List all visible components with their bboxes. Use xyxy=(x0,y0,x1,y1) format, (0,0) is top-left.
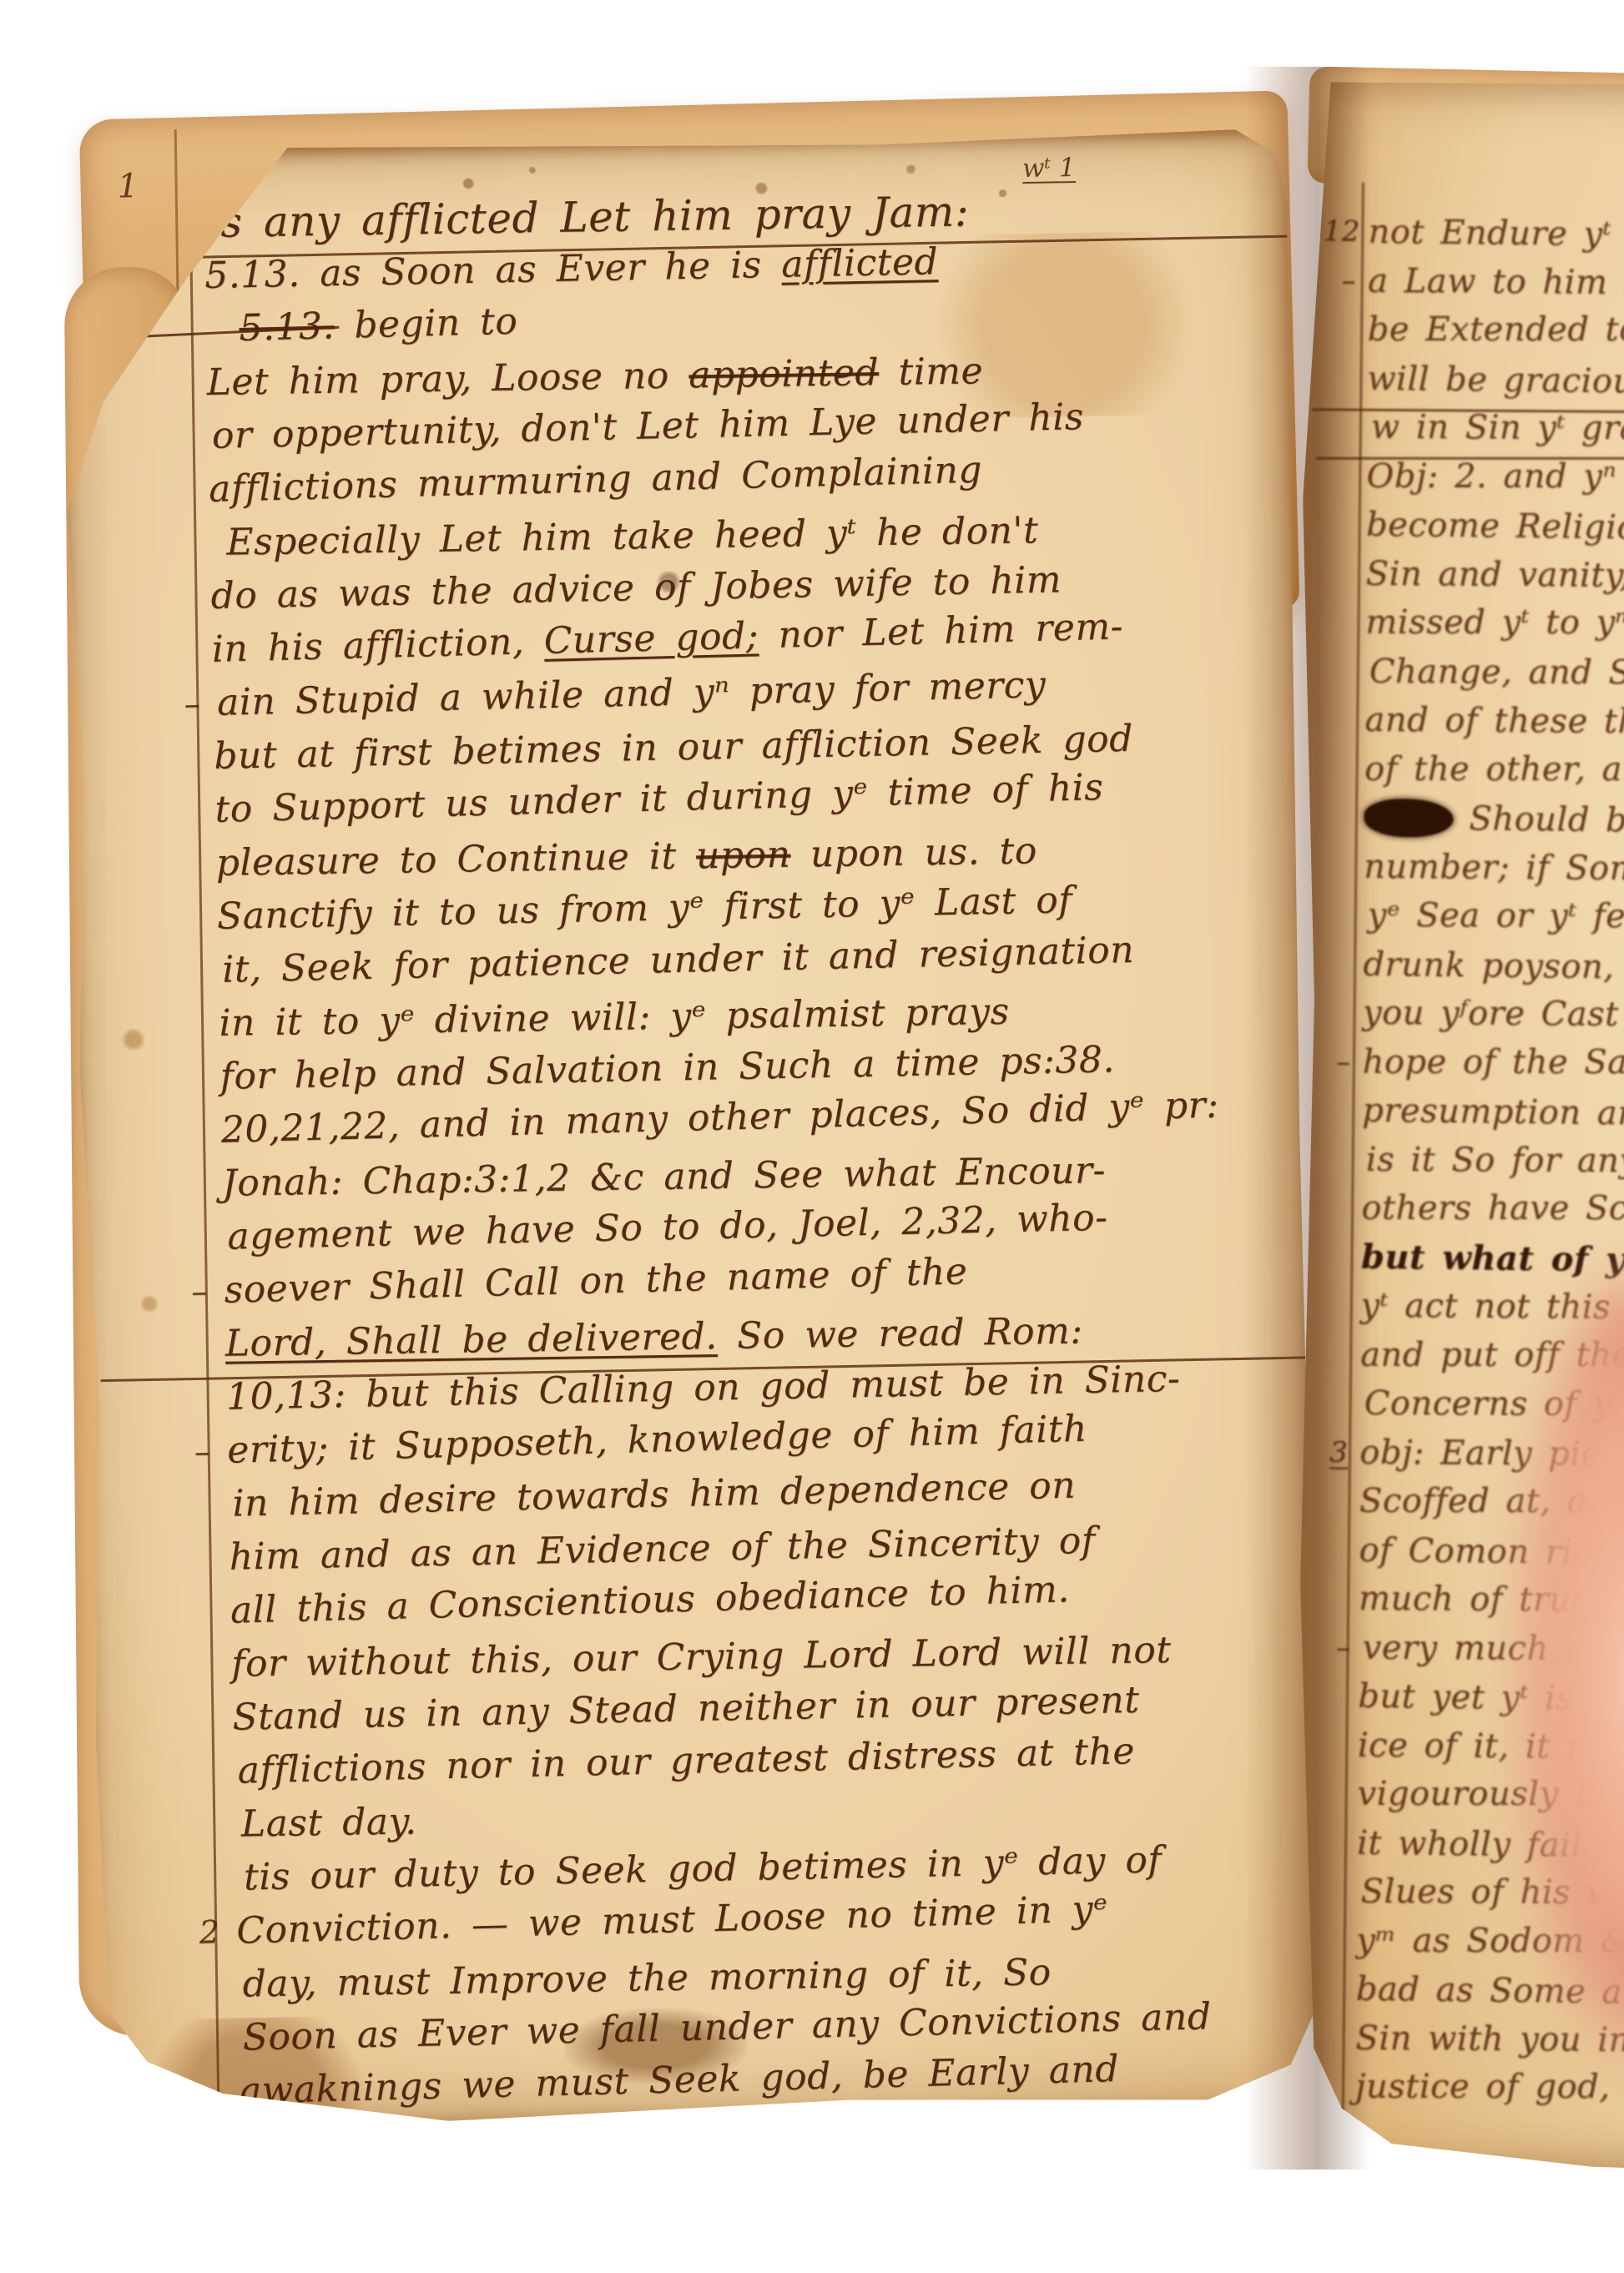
handwritten-text: become Religious after xyxy=(1366,506,1624,549)
handwritten-text: pleasure to Continue it xyxy=(215,834,696,885)
handwritten-text: upon us. to xyxy=(790,829,1037,875)
manuscript-line: Sin and vanity, yet yᵗ m xyxy=(1365,549,1624,601)
manuscript-line: you yᶠore Cast your Self xyxy=(1363,989,1624,1041)
handwritten-text: but what of yᵗ Afflicti xyxy=(1361,1237,1624,1281)
handwritten-text: Should be found a xyxy=(1453,799,1624,842)
margin-number: 3 xyxy=(1314,1428,1348,1477)
handwritten-text: hope of the Same Su xyxy=(1363,1042,1624,1081)
handwritten-text: Obj: 2. and yⁿ Again be xyxy=(1366,456,1624,495)
handwritten-text: drunk poyson, or yᵗ wer xyxy=(1363,945,1624,988)
manuscript-line: and of these the Conten xyxy=(1364,696,1624,748)
manuscript-line: 12not Endure yᵗ his free g xyxy=(1368,208,1624,261)
handwritten-text: Sin and vanity, yet yᵗ m xyxy=(1365,554,1624,596)
margin-number: – xyxy=(134,1424,212,1479)
handwritten-text: and of these the Conten xyxy=(1364,701,1624,743)
manuscript-line: missed yᵗ to yᵐ, what n xyxy=(1365,598,1624,648)
handwritten-text: be Extended to all; he is xyxy=(1368,310,1624,349)
handwritten-text: begin to xyxy=(334,300,518,348)
manuscript-line: yᵉ Sea or yᵗ fell from a xyxy=(1368,891,1624,942)
manuscript-line: drunk poyson, or yᵗ wer xyxy=(1363,940,1624,993)
handwritten-text: not Endure yᵗ his free g xyxy=(1368,213,1624,256)
handwritten-text: is it So for any to Contin xyxy=(1366,1140,1624,1180)
manuscript-line: Mch Should be found a xyxy=(1364,794,1624,847)
handwritten-text: 5.13. xyxy=(239,305,335,350)
handwritten-text: afflicted xyxy=(781,240,939,286)
manuscript-line: others have Scaped yᵗ w xyxy=(1361,1184,1624,1233)
handwritten-text: Mch xyxy=(1364,799,1453,838)
manuscript-line: is it So for any to Contin xyxy=(1366,1135,1624,1186)
handwritten-text: Last day. xyxy=(241,1800,417,1845)
handwritten-text: nor Let him rem- xyxy=(758,605,1123,657)
manuscript-line: presumption and tempta xyxy=(1362,1086,1624,1140)
handwritten-text: So we read Rom: xyxy=(717,1310,1083,1358)
handwritten-text: in his affliction, xyxy=(211,620,544,671)
manuscript-line: be Extended to all; he is xyxy=(1368,305,1624,355)
handwritten-text: time xyxy=(879,350,984,394)
handwritten-text: Change, and So have died xyxy=(1369,652,1624,692)
manuscript-line: of the other, and isn't a xyxy=(1364,744,1624,794)
handwritten-text: appointed xyxy=(688,351,880,396)
handwritten-text: upon xyxy=(696,834,791,878)
manuscript-line: –a Law to him and the Sp xyxy=(1368,256,1624,308)
handwritten-text: will be gracious. xyxy=(1367,359,1624,401)
handwritten-text: of the other, and isn't a xyxy=(1364,749,1624,788)
manuscript-line: number; if Some have e xyxy=(1364,842,1624,894)
manuscript-line: become Religious after xyxy=(1366,501,1624,554)
handwritten-text: w in Sin yᵗ grace may a xyxy=(1371,408,1624,448)
manuscript-line: but what of yᵗ Afflicti xyxy=(1361,1232,1624,1286)
handwritten-text: yᵉ Sea or yᵗ fell from a xyxy=(1368,896,1624,936)
left-page: wᵗ 1 3Is any afflicted Let him pray Jam:… xyxy=(60,129,1323,2128)
handwritten-text: number; if Some have e xyxy=(1364,847,1624,889)
handwritten-text: Let him pray, Loose no xyxy=(206,354,688,404)
handwritten-text: 5.13. as Soon as Ever he is xyxy=(204,244,782,297)
margin-number: 2 xyxy=(143,1905,221,1960)
handwritten-text: Curse god; xyxy=(543,614,759,662)
page-number: 1 xyxy=(117,167,139,206)
handwritten-text: a Law to him and the Sp xyxy=(1368,261,1624,303)
handwritten-text: you yᶠore Cast your Self xyxy=(1363,994,1624,1036)
margin-number: – xyxy=(1323,256,1356,305)
manuscript-line: Change, and So have died xyxy=(1369,647,1624,698)
manuscript-line: Obj: 2. and yⁿ Again be xyxy=(1366,451,1624,501)
margin-number: 12 xyxy=(1323,207,1357,256)
handwritten-text: Lord, Shall be delivered. xyxy=(224,1315,718,1365)
margin-number: – xyxy=(1318,1037,1351,1086)
handwritten-text: missed yᵗ to yᵐ, what n xyxy=(1365,603,1624,642)
handwritten-text: justice of god, wᵈ he So xyxy=(1355,2068,1624,2106)
left-page-text: 3Is any afflicted Let him pray Jam:5.13.… xyxy=(203,175,1313,2118)
manuscript-line: justice of god, wᵈ he So xyxy=(1355,2063,1624,2112)
manuscript-line: will be gracious. xyxy=(1367,354,1624,407)
handwritten-text: in it to yᵉ divine will: yᵉ psalmist pra… xyxy=(219,990,1010,1045)
handwritten-text: others have Scaped yᵗ w xyxy=(1361,1189,1624,1227)
margin-number: – xyxy=(123,677,200,732)
manuscript-line: –hope of the Same Su xyxy=(1363,1037,1624,1086)
handwritten-text: presumption and tempta xyxy=(1362,1091,1624,1135)
margin-number: – xyxy=(130,1264,209,1319)
manuscript-photo: 1 wᵗ 1 3Is any afflicted Let him pray Ja… xyxy=(0,0,1624,2273)
handwritten-text: yᵗ act not this Considerat xyxy=(1360,1287,1624,1328)
margin-number: – xyxy=(1318,1623,1351,1672)
manuscript-line: w in Sin yᵗ grace may a xyxy=(1371,403,1624,454)
